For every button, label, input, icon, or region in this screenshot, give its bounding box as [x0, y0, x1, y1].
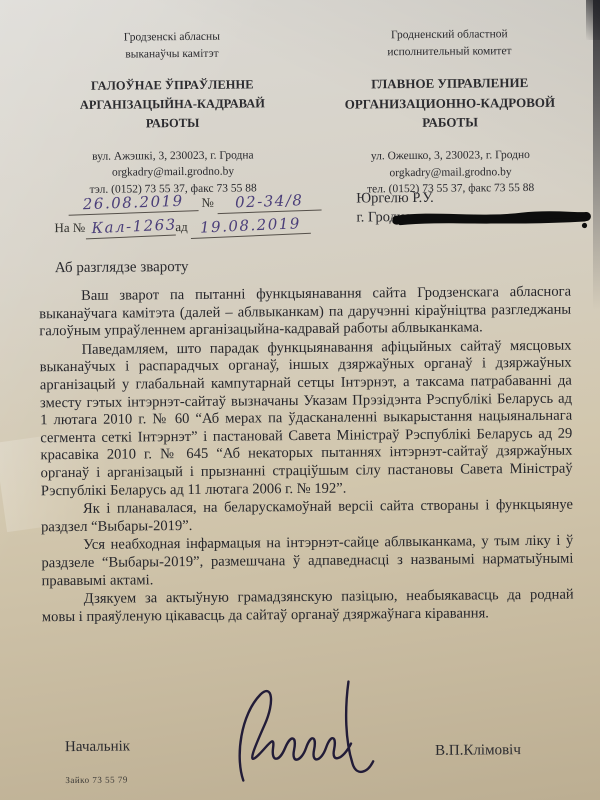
- reference-block: 26.08.2019 № 02-34/8 На №Кал-1263ад 19.0…: [40, 192, 330, 243]
- executor-footnote: Зайко 73 55 79: [65, 775, 128, 786]
- reply-to-label: На №: [54, 220, 85, 235]
- dept-name-line: ГЛАВНОЕ УПРАВЛЕНИЕ: [322, 73, 577, 95]
- incoming-date-handwritten: 19.08.2019: [191, 214, 312, 239]
- dept-name-line: АРГАНІЗАЦЫЙНА-КАДРАВАЙ: [37, 94, 307, 115]
- signature-scribble: [220, 675, 391, 788]
- dept-name-line: ОРГАНИЗАЦИОННО-КАДРОВОЙ: [322, 92, 577, 114]
- org-name-line: исполнительный комитет: [322, 42, 577, 61]
- body-paragraph: Уся неабходная інфармацыя на інтэрнэт-са…: [41, 533, 573, 590]
- number-sign-label: №: [201, 195, 214, 210]
- incoming-number-handwritten: Кал-1263: [85, 216, 176, 240]
- dept-name-line: ГАЛОЎНАЕ ЎПРАЎЛЕННЕ: [37, 75, 307, 96]
- dept-name-line: РАБОТЫ: [323, 112, 578, 134]
- recipient-name: Юргелю Р.У.: [356, 189, 434, 209]
- dept-name-line: РАБОТЫ: [38, 113, 308, 134]
- letter-photo: Гродзенскі абласны выканаўчы камітэт ГАЛ…: [0, 0, 600, 800]
- recipient-block: Юргелю Р.У. г. Гродна,: [356, 189, 434, 227]
- body-paragraph: Дзякуем за актыўную грамадзянскую пазіцы…: [42, 587, 574, 627]
- outgoing-date-handwritten: 26.08.2019: [68, 191, 199, 216]
- subject-line: Аб разглядзе звароту: [55, 259, 189, 277]
- body-paragraph: Паведамляем, што парадак функцыянавання …: [39, 337, 572, 500]
- redaction-bar: [392, 207, 592, 231]
- body-paragraph: Ваш зварот па пытанні функцыянавання сай…: [39, 284, 571, 341]
- letterhead: Гродзенскі абласны выканаўчы камітэт ГАЛ…: [37, 26, 578, 202]
- letterhead-belarusian: Гродзенскі абласны выканаўчы камітэт ГАЛ…: [37, 28, 308, 201]
- outgoing-number-handwritten: 02-34/8: [217, 190, 322, 214]
- org-name-line: выканаўчы камітэт: [37, 45, 307, 64]
- signer-position: Начальнік: [65, 738, 130, 756]
- letter-body: Ваш зварот па пытанні функцыянавання сай…: [39, 284, 574, 628]
- letterhead-russian: Гродненский областной исполнительный ком…: [322, 26, 578, 199]
- signer-name: В.П.Клімовіч: [435, 742, 521, 760]
- body-paragraph: Як і планавалася, на беларускамоўнай вер…: [41, 497, 573, 537]
- letter-content: Гродзенскі абласны выканаўчы камітэт ГАЛ…: [0, 0, 600, 800]
